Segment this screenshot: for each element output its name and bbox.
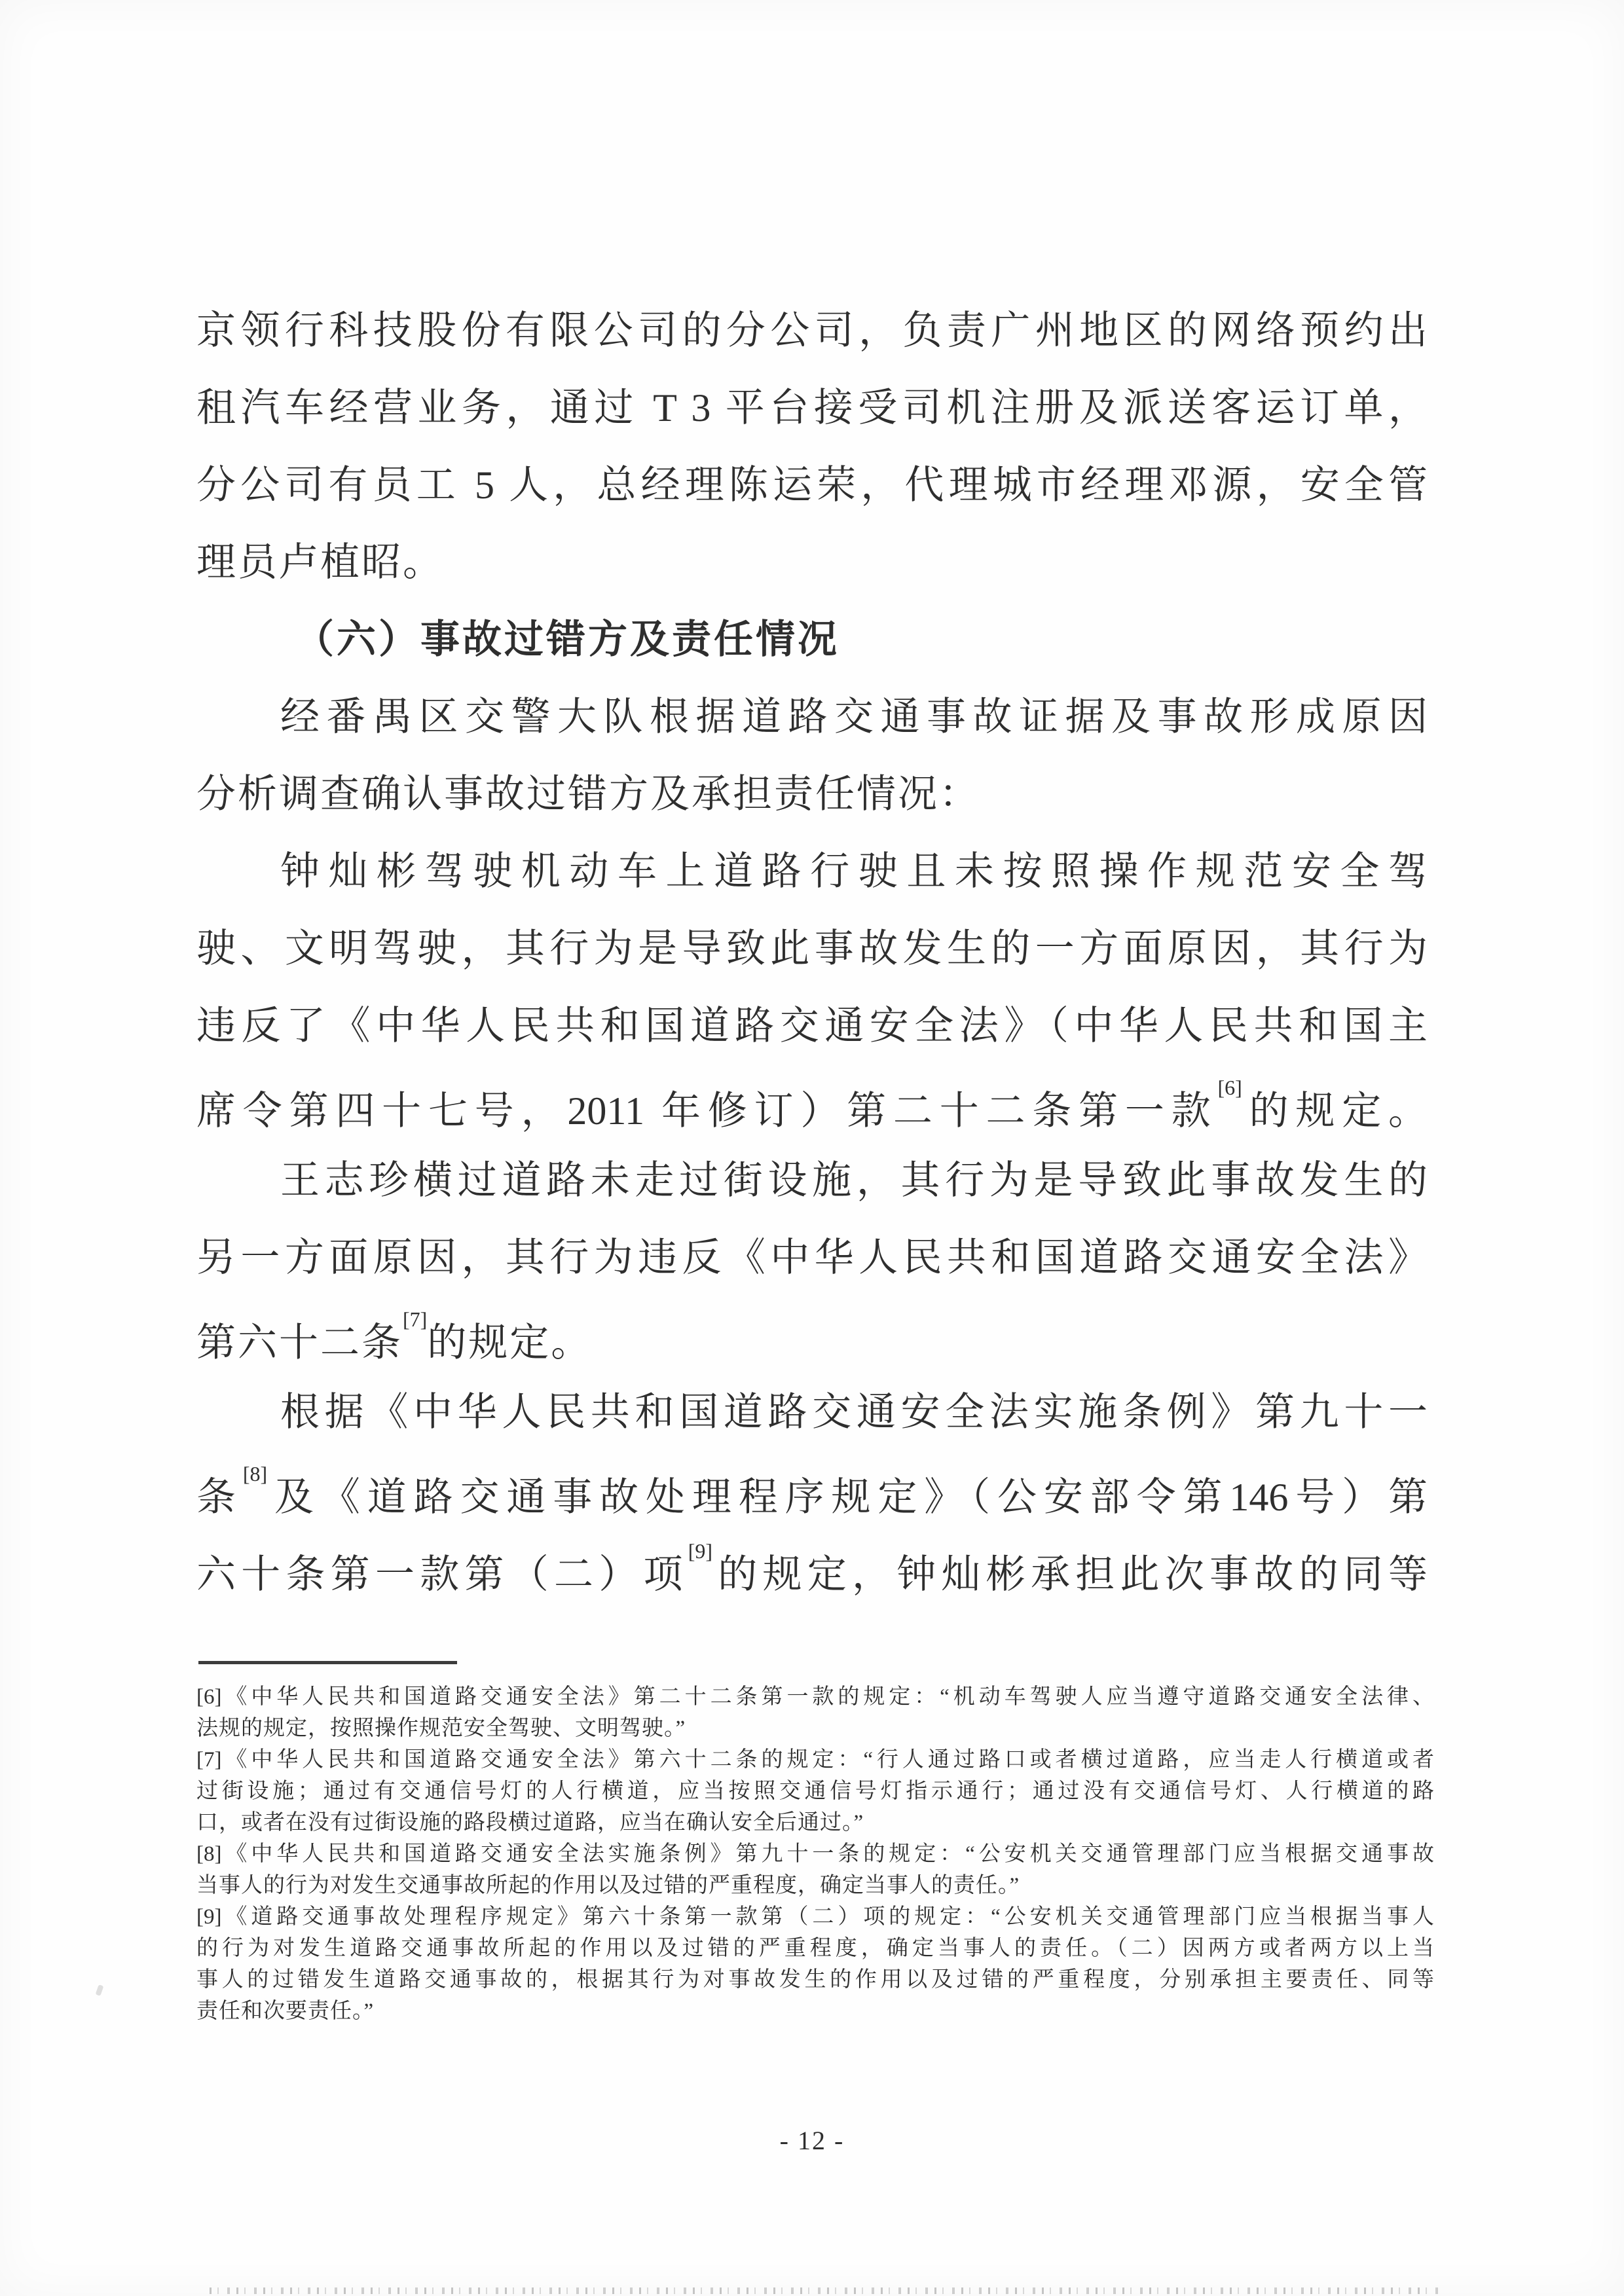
text-line: 第六十二条[7]的规定。 (196, 1296, 1428, 1374)
text-line: 分公司有员工 5 人，总经理陈运荣，代理城市经理邓源，安全管 (196, 446, 1428, 524)
footnotes-block: [6]《中华人民共和国道路交通安全法》第二十二条第一款的规定：“机动车驾驶人应当… (196, 1681, 1434, 2027)
footnote-line: 口，或者在没有过街设施的路段横过道路，应当在确认安全后通过。” (196, 1807, 1434, 1838)
footnote-item-9: [9]《道路交通事故处理程序规定》第六十条第一款第（二）项的规定：“公安机关交通… (196, 1901, 1434, 2027)
text-line: 京领行科技股份有限公司的分公司，负责广州地区的网络预约出 (196, 292, 1428, 369)
text-segment: 的规定。 (427, 1321, 592, 1364)
paragraph-investigation: 经番禺区交警大队根据道路交通事故证据及事故形成原因 分析调查确认事故过错方及承担… (196, 678, 1428, 833)
text-segment: 的规定。 (1242, 1089, 1428, 1133)
footnote-line: [6]《中华人民共和国道路交通安全法》第二十二条第一款的规定：“机动车驾驶人应当… (196, 1681, 1434, 1713)
text-segment: 第六十二条 (196, 1321, 403, 1364)
paragraph-pedestrian-fault: 王志珍横过道路未走过街设施，其行为是导致此事故发生的 另一方面原因，其行为违反《… (196, 1142, 1428, 1374)
text-line: 席令第四十七号，2011 年修订）第二十二条第一款[6]的规定。 (196, 1065, 1428, 1142)
text-line: 王志珍横过道路未走过街设施，其行为是导致此事故发生的 (196, 1142, 1428, 1219)
paragraph-responsibility: 根据《中华人民共和国道路交通安全法实施条例》第九十一 条[8]及《道路交通事故处… (196, 1374, 1428, 1605)
footnote-ref-6: [6] (1218, 1076, 1242, 1099)
footnote-line: 法规的规定，按照操作规范安全驾驶、文明驾驶。” (196, 1713, 1434, 1744)
text-line: 钟灿彬驾驶机动车上道路行驶且未按照操作规范安全驾 (196, 833, 1428, 910)
text-segment: 六十条第一款第（二）项 (196, 1553, 688, 1596)
text-line: 条[8]及《道路交通事故处理程序规定》（公安部令第146号）第 (196, 1451, 1428, 1528)
paragraph-continuation: 京领行科技股份有限公司的分公司，负责广州地区的网络预约出 租汽车经营业务，通过 … (196, 292, 1428, 601)
text-line: 另一方面原因，其行为违反《中华人民共和国道路交通安全法》 (196, 1219, 1428, 1296)
footnote-ref-8: [8] (243, 1462, 267, 1485)
text-segment: 席令第四十七号，2011 年修订）第二十二条第一款 (196, 1089, 1218, 1133)
footnote-separator (198, 1661, 457, 1664)
footnote-line: [9]《道路交通事故处理程序规定》第六十条第一款第（二）项的规定：“公安机关交通… (196, 1901, 1434, 1933)
section-heading-text: （六）事故过错方及责任情况 (196, 601, 1428, 678)
text-line: 违反了《中华人民共和国道路交通安全法》（中华人民共和国主 (196, 987, 1428, 1065)
scan-speck (96, 1984, 104, 1996)
text-line: 六十条第一款第（二）项[9]的规定，钟灿彬承担此次事故的同等 (196, 1528, 1428, 1605)
text-line: 经番禺区交警大队根据道路交通事故证据及事故形成原因 (196, 678, 1428, 756)
footnote-line: 责任和次要责任。” (196, 1995, 1434, 2027)
footnote-line: [7]《中华人民共和国道路交通安全法》第六十二条的规定：“行人通过路口或者横过道… (196, 1744, 1434, 1776)
text-segment: 及《道路交通事故处理程序规定》（公安部令第146号）第 (267, 1476, 1428, 1519)
footnote-item-7: [7]《中华人民共和国道路交通安全法》第六十二条的规定：“行人通过路口或者横过道… (196, 1744, 1434, 1838)
text-line: 租汽车经营业务，通过 T 3 平台接受司机注册及派送客运订单， (196, 369, 1428, 446)
document-body: 京领行科技股份有限公司的分公司，负责广州地区的网络预约出 租汽车经营业务，通过 … (196, 292, 1428, 1605)
text-line: 驶、文明驾驶，其行为是导致此事故发生的一方面原因，其行为 (196, 910, 1428, 987)
text-line: 理员卢植昭。 (196, 524, 1428, 601)
text-line: 根据《中华人民共和国道路交通安全法实施条例》第九十一 (196, 1374, 1428, 1451)
text-segment: 条 (196, 1476, 243, 1519)
footnote-line: 的行为对发生道路交通事故所起的作用以及过错的严重程度，确定当事人的责任。（二）因… (196, 1933, 1434, 1964)
paragraph-driver-fault: 钟灿彬驾驶机动车上道路行驶且未按照操作规范安全驾 驶、文明驾驶，其行为是导致此事… (196, 833, 1428, 1142)
footnote-item-8: [8]《中华人民共和国道路交通安全法实施条例》第九十一条的规定：“公安机关交通管… (196, 1838, 1434, 1901)
footnote-line: 当事人的行为对发生交通事故所起的作用以及过错的严重程度，确定当事人的责任。” (196, 1870, 1434, 1901)
document-page: 京领行科技股份有限公司的分公司，负责广州地区的网络预约出 租汽车经营业务，通过 … (0, 0, 1624, 2296)
text-line: 分析调查确认事故过错方及承担责任情况： (196, 756, 1428, 833)
text-segment: 的规定，钟灿彬承担此次事故的同等 (712, 1553, 1428, 1596)
footnote-line: 事人的过错发生道路交通事故的，根据其行为对事故发生的作用以及过错的严重程度，分别… (196, 1964, 1434, 1995)
scan-noise-strip (210, 2287, 1441, 2294)
footnote-ref-9: [9] (688, 1539, 712, 1563)
footnote-line: [8]《中华人民共和国道路交通安全法实施条例》第九十一条的规定：“公安机关交通管… (196, 1838, 1434, 1870)
footnote-item-6: [6]《中华人民共和国道路交通安全法》第二十二条第一款的规定：“机动车驾驶人应当… (196, 1681, 1434, 1744)
page-number: - 12 - (0, 2125, 1624, 2157)
section-heading-6: （六）事故过错方及责任情况 (196, 601, 1428, 678)
footnote-ref-7: [7] (403, 1307, 427, 1331)
footnote-line: 过街设施；通过有交通信号灯的人行横道，应当按照交通信号灯指示通行；通过没有交通信… (196, 1776, 1434, 1807)
